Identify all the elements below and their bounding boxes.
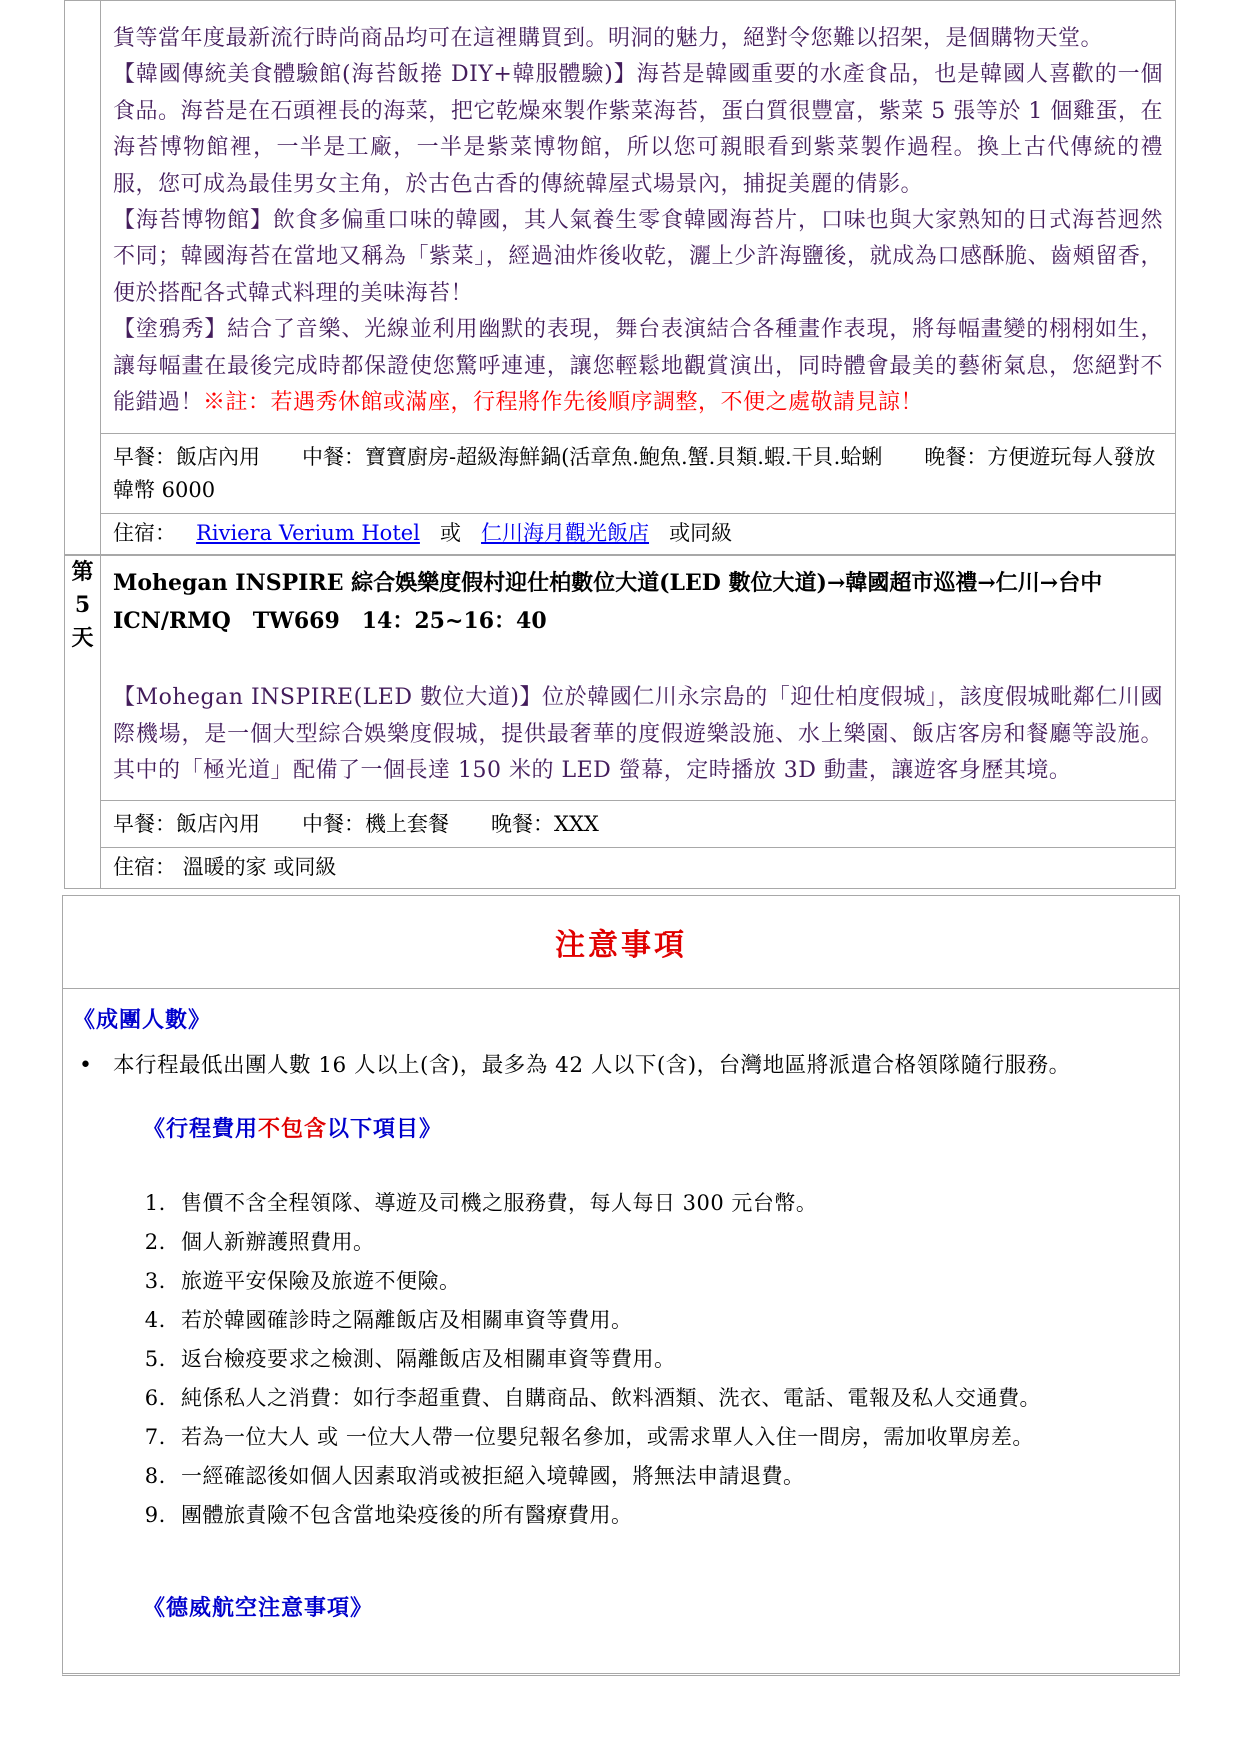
paragraph: 貨等當年度最新流行時尚商品均可在這裡購買到。明洞的魅力，絕對令您難以招架，是個購… — [113, 21, 1163, 57]
day5-label: 第5天 — [65, 555, 101, 888]
fees-heading-post: 以下項目》 — [327, 1116, 442, 1142]
paragraph: 【塗鴉秀】結合了音樂、光線並利用幽默的表現，舞台表演結合各種畫作表現，將每幅畫變… — [113, 312, 1163, 421]
hotel-label: 住宿： — [113, 521, 176, 545]
fees-list: 售價不含全程領隊、導遊及司機之服務費，每人每日 300 元台幣。個人新辦護照費用… — [73, 1184, 1145, 1535]
notes-body: 《成團人數》 •本行程最低出團人數 16 人以上(含)，最多為 42 人以下(含… — [63, 989, 1179, 1673]
day5-title: Mohegan INSPIRE 綜合娛樂度假村迎仕柏數位大道(LED 數位大道)… — [113, 564, 1163, 640]
list-item: 若於韓國確診時之隔離飯店及相關車資等費用。 — [173, 1301, 1145, 1340]
day5-description-row: 第5天 Mohegan INSPIRE 綜合娛樂度假村迎仕柏數位大道(LED 數… — [65, 555, 1176, 800]
list-item: 售價不含全程領隊、導遊及司機之服務費，每人每日 300 元台幣。 — [173, 1184, 1145, 1223]
fees-heading-red: 不包含 — [258, 1116, 327, 1142]
hotel-link-incheon-haewol[interactable]: 仁川海月觀光飯店 — [481, 521, 649, 545]
notes-box: 注意事項 《成團人數》 •本行程最低出團人數 16 人以上(含)，最多為 42 … — [62, 895, 1180, 1676]
airline-heading: 《德威航空注意事項》 — [143, 1591, 1145, 1625]
day4-meals-row: 早餐：飯店內用 中餐：寶寶廚房-超級海鮮鍋(活章魚.鮑魚.蟹.貝類.蝦.干貝.蛤… — [65, 434, 1176, 514]
list-item: 旅遊平安保險及旅遊不便險。 — [173, 1262, 1145, 1301]
day5-meals: 早餐：飯店內用 中餐：機上套餐 晚餐：XXX — [101, 800, 1176, 847]
list-item: 若為一位大人 或 一位大人帶一位嬰兒報名參加，或需求單人入住一間房，需加收單房差… — [173, 1418, 1145, 1457]
list-item: 返台檢疫要求之檢測、隔離飯店及相關車資等費用。 — [173, 1340, 1145, 1379]
day5-meals-row: 早餐：飯店內用 中餐：機上套餐 晚餐：XXX — [65, 800, 1176, 847]
hotel-link-riviera-verium[interactable]: Riviera Verium Hotel — [196, 521, 420, 545]
paragraph: 【韓國傳統美食體驗館(海苔飯捲 DIY+韓服體驗)】海苔是韓國重要的水產食品，也… — [113, 57, 1163, 203]
itinerary-table: 貨等當年度最新流行時尚商品均可在這裡購買到。明洞的魅力，絕對令您難以招架，是個購… — [64, 0, 1176, 889]
day4-meals: 早餐：飯店內用 中餐：寶寶廚房-超級海鮮鍋(活章魚.鮑魚.蟹.貝類.蝦.干貝.蛤… — [101, 434, 1176, 514]
list-item: 一經確認後如個人因素取消或被拒絕入境韓國，將無法申請退費。 — [173, 1457, 1145, 1496]
day4-description: 貨等當年度最新流行時尚商品均可在這裡購買到。明洞的魅力，絕對令您難以招架，是個購… — [101, 1, 1176, 434]
document-page: 貨等當年度最新流行時尚商品均可在這裡購買到。明洞的魅力，絕對令您難以招架，是個購… — [0, 0, 1241, 1755]
group-size-item: •本行程最低出團人數 16 人以上(含)，最多為 42 人以下(含)，台灣地區將… — [73, 1047, 1145, 1084]
bullet-icon: • — [79, 1047, 113, 1084]
hotel-or-text: 或 — [440, 521, 461, 545]
list-item: 純係私人之消費：如行李超重費、自購商品、飲料酒類、洗衣、電話、電報及私人交通費。 — [173, 1379, 1145, 1418]
day4-label-cell — [65, 1, 101, 556]
hotel-suffix-text: 或同級 — [669, 521, 732, 545]
group-size-heading: 《成團人數》 — [73, 1003, 1145, 1037]
paragraph: 【海苔博物館】飲食多偏重口味的韓國，其人氣養生零食韓國海苔片，口味也與大家熟知的… — [113, 203, 1163, 312]
day5-hotel: 住宿： 溫暖的家 或同級 — [101, 847, 1176, 888]
notes-section-title: 注意事項 — [63, 896, 1179, 989]
day4-hotel: 住宿： Riviera Verium Hotel 或 仁川海月觀光飯店 或同級 — [101, 514, 1176, 556]
fees-heading-pre: 《行程費用 — [143, 1116, 258, 1142]
day5-paragraph: 【Mohegan INSPIRE(LED 數位大道)】位於韓國仁川永宗島的「迎仕… — [113, 680, 1163, 789]
day4-description-row: 貨等當年度最新流行時尚商品均可在這裡購買到。明洞的魅力，絕對令您難以招架，是個購… — [65, 1, 1176, 434]
day5-description: Mohegan INSPIRE 綜合娛樂度假村迎仕柏數位大道(LED 數位大道)… — [101, 555, 1176, 800]
list-item: 團體旅責險不包含當地染疫後的所有醫療費用。 — [173, 1496, 1145, 1535]
list-item: 個人新辦護照費用。 — [173, 1223, 1145, 1262]
day5-hotel-row: 住宿： 溫暖的家 或同級 — [65, 847, 1176, 888]
day4-hotel-row: 住宿： Riviera Verium Hotel 或 仁川海月觀光飯店 或同級 — [65, 514, 1176, 556]
fees-heading: 《行程費用不包含以下項目》 — [143, 1112, 1145, 1146]
group-size-text: 本行程最低出團人數 16 人以上(含)，最多為 42 人以下(含)，台灣地區將派… — [113, 1053, 1071, 1078]
